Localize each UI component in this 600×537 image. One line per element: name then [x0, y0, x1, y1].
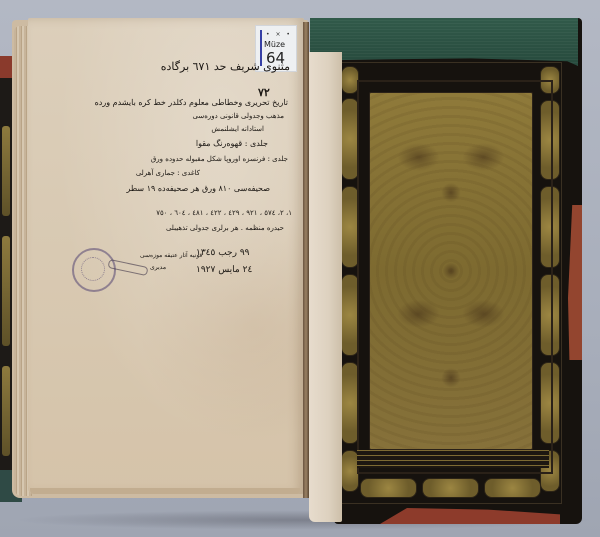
spine-paper-flap	[309, 52, 342, 522]
museum-seal-stamp	[72, 248, 116, 292]
label-dots: • × •	[266, 31, 292, 38]
flyleaf-line: ١، ٢، ٥٧٤ ، ٩٢١ ، ٤٢٩ ، ٤٢٢ ، ٤٨١ ، ٦٠٤ …	[156, 209, 292, 217]
flyleaf-line: کاغدی : جماری آهرلی	[136, 169, 200, 177]
page-foot-edge	[30, 488, 300, 494]
flyleaf-line: مذهب وجدولی قانونی دوره‌سی	[193, 112, 284, 120]
flyleaf-side-note: مدیری	[150, 264, 166, 271]
flyleaf-line: تاریخ تحریری وخطاطی معلوم دکلدر خط کره ب…	[95, 98, 288, 107]
flyleaf-date: ٢٤ مایس ١٩٢٧	[196, 265, 252, 275]
gilt-central-panel	[369, 92, 533, 450]
flyleaf-date: ٩٩ رجب ١٣٤٥	[196, 248, 249, 258]
flyleaf-side-note: قونیه آثار عتیقه موزه‌سی	[140, 252, 202, 259]
back-cover-gilt-cartouche	[2, 236, 10, 346]
gilt-cartouche	[484, 478, 541, 498]
back-cover-gilt-cartouche	[2, 366, 10, 456]
flyleaf-line: جلدی : فرنسزه اوروپا شکل مقبوله حدوده ور…	[151, 155, 288, 163]
flyleaf-line: حیدره منظمه . هر برلری جدولی تذهیبلی	[166, 224, 284, 232]
gilt-cartouche	[360, 478, 417, 498]
cover-gilt-rules	[357, 450, 549, 468]
flyleaf-title-line: مثنوی شریف حد ٦٧١ برگاده	[161, 60, 290, 73]
flyleaf-line: جلدی : قهوه‌رنگ مقوا	[196, 139, 268, 148]
back-cover-gilt-cartouche	[2, 126, 10, 216]
flyleaf-line: صحیفه‌سی ٨١٠ ورق هر صحیفه‌ده ١٩ سطر	[126, 184, 270, 193]
label-muze: Müze	[264, 40, 285, 49]
gilt-cartouche	[422, 478, 479, 498]
flyleaf-line: استادانه ایشلنمش	[211, 125, 264, 133]
